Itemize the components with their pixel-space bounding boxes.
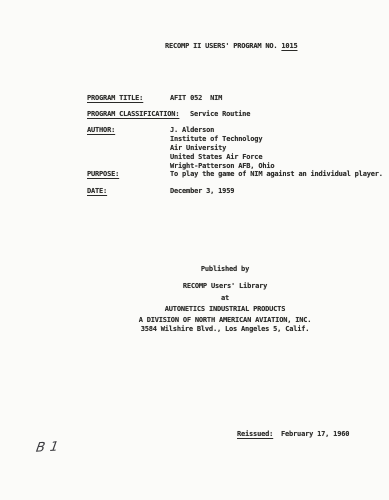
address-line: 3584 Wilshire Blvd., Los Angeles 5, Cali… — [55, 325, 389, 334]
handwritten-mark: B1 — [35, 439, 65, 456]
library-line: RECOMP Users' Library — [55, 282, 389, 291]
division-line: A DIVISION OF NORTH AMERICAN AVIATION, I… — [55, 316, 389, 325]
publisher-block: Published by RECOMP Users' Library at AU… — [55, 0, 389, 500]
at-line: at — [55, 294, 389, 303]
scanned-document-page: RECOMP II USERS' PROGRAM NO. 1015 PROGRA… — [0, 0, 389, 500]
company-line: AUTONETICS INDUSTRIAL PRODUCTS — [55, 305, 389, 314]
reissued-label: Reissued: — [237, 430, 273, 439]
reissued-date: February 17, 1960 — [281, 430, 349, 439]
published-by-line: Published by — [55, 265, 389, 274]
